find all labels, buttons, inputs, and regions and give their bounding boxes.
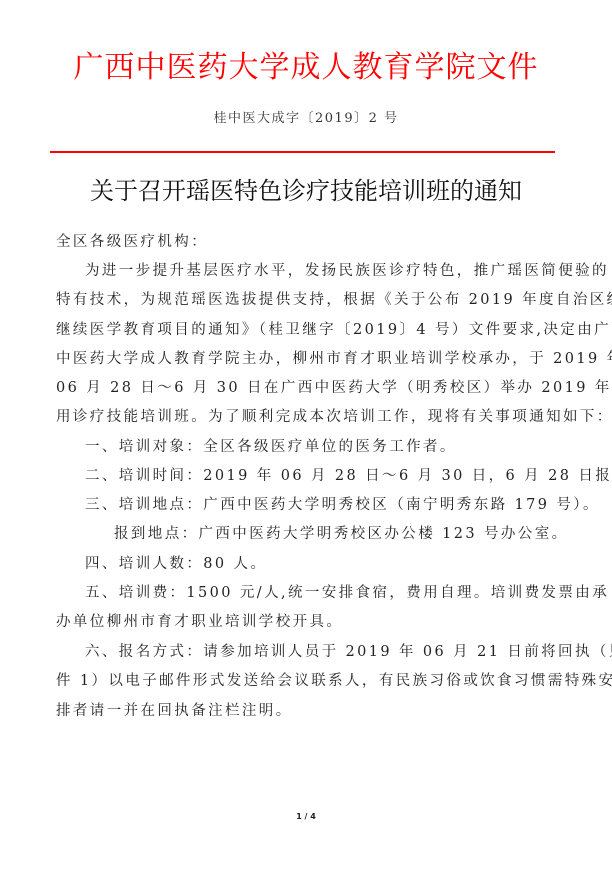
item-line: 办单位柳州市育才职业培训学校开具。 [56,608,558,637]
document-page: 广西中医药大学成人教育学院文件 桂中医大成字〔2019〕2 号 关于召开瑶医特色… [0,0,612,869]
item-checkin-location: 报到地点：广西中医药大学明秀校区办公楼 123 号办公室。 [56,520,558,549]
issuer-title: 广西中医药大学成人教育学院文件 [0,50,612,86]
notice-title: 关于召开瑶医特色诊疗技能培训班的通知 [0,176,612,206]
document-number: 桂中医大成字〔2019〕2 号 [0,110,612,128]
intro-line: 特有技术，为规范瑶医选拔提供支持，根据《关于公布 2019 年度自治区级 [56,286,558,315]
item-line: 排者请一并在回执备注栏注明。 [56,697,558,726]
page-number: 1 / 4 [0,812,612,821]
red-divider-rule [50,151,555,153]
item-training-headcount: 四、培训人数：80 人。 [56,550,558,579]
intro-line: 中医药大学成人教育学院主办，柳州市育才职业培训学校承办，于 2019 年 [56,345,558,374]
item-line: 报到地点：广西中医药大学明秀校区办公楼 123 号办公室。 [56,520,558,549]
intro-line: 06 月 28 日～6 月 30 日在广西中医药大学（明秀校区）举办 2019 … [56,374,558,403]
item-training-location: 三、培训地点：广西中医药大学明秀校区（南宁明秀东路 179 号）。 [56,491,558,520]
item-registration: 六、报名方式：请参加培训人员于 2019 年 06 月 21 日前将回执（见附 … [56,638,558,726]
item-line: 件 1）以电子邮件形式发送给会议联系人，有民族习俗或饮食习惯需特殊安 [56,667,558,696]
item-line: 五、培训费：1500 元/人,统一安排食宿，费用自理。培训费发票由承 [56,579,558,608]
addressee: 全区各级医疗机构： [56,228,558,257]
item-line: 四、培训人数：80 人。 [56,550,558,579]
item-line: 一、培训对象：全区各级医疗单位的医务工作者。 [56,433,558,462]
intro-line: 继续医学教育项目的通知》（桂卫继字〔2019〕4 号）文件要求,决定由广西 [56,316,558,345]
item-line: 二、培训时间：2019 年 06 月 28 日～6 月 30 日，6 月 28 … [56,462,558,491]
item-line: 六、报名方式：请参加培训人员于 2019 年 06 月 21 日前将回执（见附 [56,638,558,667]
item-training-fee: 五、培训费：1500 元/人,统一安排食宿，费用自理。培训费发票由承 办单位柳州… [56,579,558,638]
item-training-target: 一、培训对象：全区各级医疗单位的医务工作者。 [56,433,558,462]
intro-paragraph: 为进一步提升基层医疗水平，发扬民族医诊疗特色，推广瑶医简便验的 特有技术，为规范… [56,257,558,433]
intro-line: 用诊疗技能培训班。为了顺利完成本次培训工作，现将有关事项通知如下： [56,403,558,432]
addressee-text: 全区各级医疗机构： [56,228,558,257]
item-line: 三、培训地点：广西中医药大学明秀校区（南宁明秀东路 179 号）。 [56,491,558,520]
item-training-time: 二、培训时间：2019 年 06 月 28 日～6 月 30 日，6 月 28 … [56,462,558,491]
intro-line: 为进一步提升基层医疗水平，发扬民族医诊疗特色，推广瑶医简便验的 [56,257,558,286]
